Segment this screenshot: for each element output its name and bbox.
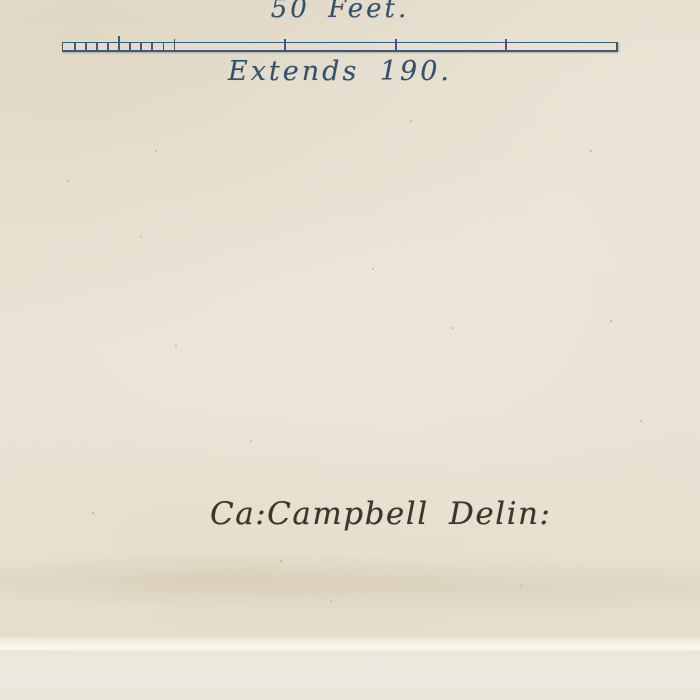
- scale-bar-tick: [74, 43, 76, 50]
- scale-bar-tick: [107, 43, 109, 50]
- paper-speck: [410, 120, 412, 122]
- scale-bar: [62, 42, 618, 52]
- paper-speck: [155, 150, 157, 152]
- paper-speck: [250, 440, 252, 442]
- sheet-edge-shadow: [0, 556, 700, 638]
- mount-board: [0, 652, 700, 700]
- scale-bar-tick: [505, 39, 507, 50]
- scale-bar-tick: [174, 39, 176, 50]
- paper-speck: [175, 345, 177, 347]
- scale-bar-tick: [163, 43, 165, 50]
- scale-bar-tick: [85, 43, 87, 50]
- paper-speck: [67, 180, 69, 182]
- scale-bar-tick: [96, 43, 98, 50]
- scale-bar-tick: [129, 43, 131, 50]
- photograph-of-engraved-plate: 50 Feet. Extends 190. Ca:Campbell Delin:: [0, 0, 700, 700]
- scale-bar-tick: [395, 39, 397, 50]
- scale-bar-tick: [284, 39, 286, 50]
- paper-speck: [590, 150, 592, 152]
- paper-speck: [520, 585, 522, 587]
- paper-speck: [610, 320, 612, 322]
- scale-bar-tick: [151, 43, 153, 50]
- paper-speck: [640, 420, 642, 422]
- paper-speck: [330, 600, 332, 602]
- scale-bar-tick: [118, 36, 120, 50]
- paper-speck: [280, 560, 282, 562]
- scale-bar-title: 50 Feet.: [62, 0, 618, 24]
- paper-speck: [452, 327, 454, 329]
- scale-bar-extent-label: Extends 190.: [62, 56, 618, 87]
- paper-speck: [92, 512, 94, 514]
- engraver-signature: Ca:Campbell Delin:: [210, 496, 530, 532]
- paper-speck: [372, 268, 374, 270]
- paper-speck: [140, 236, 142, 238]
- scale-bar-tick: [140, 43, 142, 50]
- engraving-sheet: 50 Feet. Extends 190. Ca:Campbell Delin:: [0, 0, 700, 652]
